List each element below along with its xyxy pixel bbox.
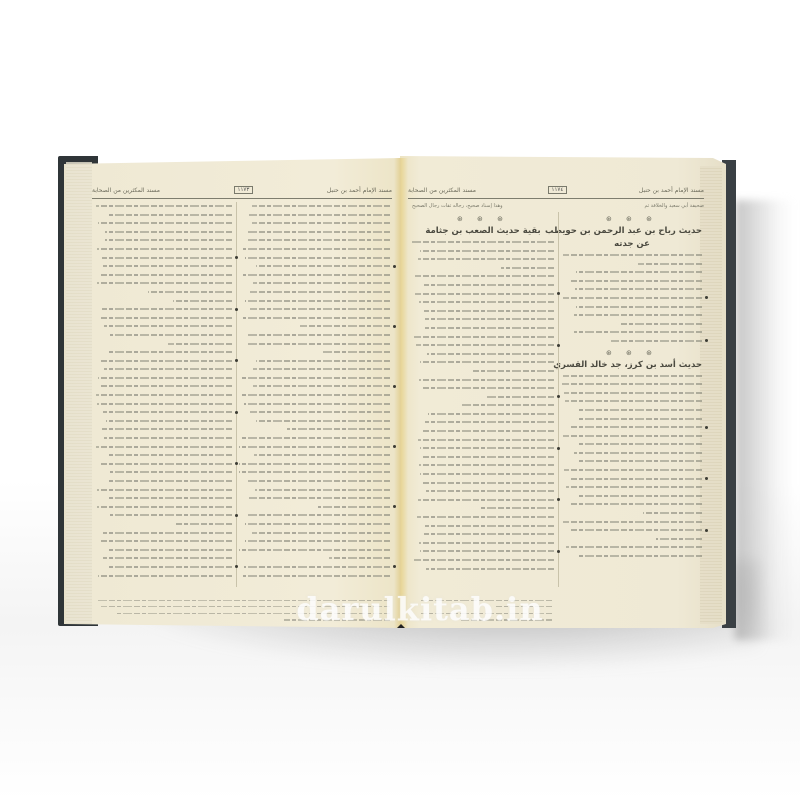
text-line <box>238 340 390 349</box>
text-line <box>94 245 232 254</box>
text-line <box>238 554 390 563</box>
text-line <box>238 331 390 340</box>
text-line <box>94 494 232 503</box>
text-line <box>238 434 390 443</box>
text-line <box>412 272 554 281</box>
text-line <box>412 264 554 273</box>
left-header-inner: مسند المكثرين من الصحابة <box>92 187 160 194</box>
text-line <box>412 436 554 445</box>
text-line <box>562 303 702 312</box>
text-line <box>94 563 232 572</box>
ribbon-bookmark <box>397 624 405 628</box>
text-line <box>94 520 232 529</box>
right-subheader-left: وهذا إسناد صحيح، رجاله ثقات رجال الصحيح <box>412 203 503 209</box>
text-line <box>412 418 554 427</box>
text-line <box>412 333 554 342</box>
text-line <box>562 432 702 441</box>
text-line <box>94 408 232 417</box>
right-subheader-right: صحيفة أبي سعيد والخلافة ثم <box>644 203 704 209</box>
text-line <box>412 556 554 565</box>
text-line <box>562 251 702 260</box>
section-heading-continued: عن جدته <box>562 239 702 249</box>
text-line <box>238 511 390 520</box>
text-line <box>238 417 390 426</box>
text-line <box>94 357 232 366</box>
right-page-stack-edge <box>700 166 722 624</box>
text-line <box>94 443 232 452</box>
text-line <box>238 486 390 495</box>
watermark: darulkitab.in <box>290 590 550 628</box>
section-ornament: ⊛ ⊛ ⊛ <box>412 215 554 223</box>
text-line <box>412 281 554 290</box>
text-line <box>238 425 390 434</box>
text-line <box>94 297 232 306</box>
text-line <box>562 277 702 286</box>
text-line <box>562 449 702 458</box>
left-header-outer: مسند الإمام أحمد بن حنبل <box>327 187 392 194</box>
text-line <box>562 380 702 389</box>
text-line <box>238 374 390 383</box>
text-line <box>94 391 232 400</box>
section-ornament: ⊛ ⊛ ⊛ <box>562 215 702 223</box>
text-line <box>562 509 702 518</box>
text-line <box>94 228 232 237</box>
text-line <box>94 322 232 331</box>
text-line <box>412 324 554 333</box>
right-column-separator <box>558 212 559 587</box>
section-heading: حديث رباح بن عبد الرحمن بن حويطب <box>562 226 702 236</box>
text-line <box>562 285 702 294</box>
book-gutter <box>394 158 408 628</box>
text-line <box>562 492 702 501</box>
text-line <box>94 348 232 357</box>
text-line <box>94 219 232 228</box>
text-line <box>412 427 554 436</box>
text-line <box>94 417 232 426</box>
text-line <box>412 290 554 299</box>
text-line <box>94 460 232 469</box>
text-line <box>94 382 232 391</box>
right-page-column-right: ⊛ ⊛ ⊛حديث رباح بن عبد الرحمن بن حويطبعن … <box>562 212 702 561</box>
left-page-column-left <box>94 202 232 580</box>
text-line <box>238 400 390 409</box>
text-line <box>562 406 702 415</box>
text-line <box>412 547 554 556</box>
text-line <box>238 468 390 477</box>
text-line <box>238 520 390 529</box>
text-line <box>562 518 702 527</box>
text-line <box>94 554 232 563</box>
text-line <box>94 477 232 486</box>
text-line <box>238 477 390 486</box>
text-line <box>412 470 554 479</box>
text-line <box>94 503 232 512</box>
text-line <box>238 546 390 555</box>
text-line <box>94 529 232 538</box>
text-line <box>412 384 554 393</box>
text-line <box>238 365 390 374</box>
text-line <box>238 529 390 538</box>
text-line <box>562 466 702 475</box>
text-line <box>94 546 232 555</box>
text-line <box>238 279 390 288</box>
text-line <box>238 219 390 228</box>
text-line <box>238 357 390 366</box>
text-line <box>94 305 232 314</box>
text-line <box>562 457 702 466</box>
text-line <box>412 530 554 539</box>
text-line <box>562 423 702 432</box>
text-line <box>412 461 554 470</box>
text-line <box>562 526 702 535</box>
text-line <box>94 511 232 520</box>
text-line <box>412 522 554 531</box>
text-line <box>412 479 554 488</box>
text-line <box>238 443 390 452</box>
text-line <box>562 389 702 398</box>
text-line <box>562 440 702 449</box>
text-line <box>412 410 554 419</box>
text-line <box>238 322 390 331</box>
text-line <box>412 376 554 385</box>
text-line <box>238 211 390 220</box>
text-line <box>94 400 232 409</box>
section-ornament: ⊛ ⊛ ⊛ <box>562 349 702 357</box>
text-line <box>412 393 554 402</box>
text-line <box>238 572 390 581</box>
right-header-inner: مسند المكثرين من الصحابة <box>408 187 476 194</box>
text-line <box>238 314 390 323</box>
text-line <box>562 535 702 544</box>
text-line <box>238 451 390 460</box>
text-line <box>412 358 554 367</box>
text-line <box>562 294 702 303</box>
text-line <box>94 572 232 581</box>
text-line <box>238 305 390 314</box>
text-line <box>562 543 702 552</box>
text-line <box>94 211 232 220</box>
text-line <box>238 202 390 211</box>
text-line <box>94 365 232 374</box>
left-column-separator <box>236 202 237 587</box>
text-line <box>238 382 390 391</box>
text-line <box>238 236 390 245</box>
right-page-number: ١١٧٤ <box>548 186 568 194</box>
text-line <box>238 503 390 512</box>
text-line <box>94 262 232 271</box>
text-line <box>412 307 554 316</box>
text-line <box>238 537 390 546</box>
text-line <box>94 331 232 340</box>
text-line <box>94 202 232 211</box>
text-line <box>412 513 554 522</box>
text-line <box>94 537 232 546</box>
text-line <box>94 451 232 460</box>
text-line <box>412 298 554 307</box>
text-line <box>94 254 232 263</box>
text-line <box>562 397 702 406</box>
text-line <box>238 288 390 297</box>
text-line <box>562 415 702 424</box>
text-line <box>94 236 232 245</box>
section-heading: حديث أسد بن كرز، جد خالد القسري <box>562 360 702 370</box>
book-side-shadow <box>735 200 795 640</box>
text-line <box>94 314 232 323</box>
text-line <box>94 271 232 280</box>
right-page-header: مسند الإمام أحمد بن حنبل ١١٧٤ مسند المكث… <box>408 183 704 197</box>
text-line <box>94 468 232 477</box>
section-heading: بقية حديث الصعب بن جثامة <box>412 226 554 236</box>
text-line <box>238 563 390 572</box>
text-line <box>562 475 702 484</box>
text-line <box>412 255 554 264</box>
left-page-header: مسند الإمام أحمد بن حنبل ١١٧٣ مسند المكث… <box>92 183 392 197</box>
text-line <box>94 288 232 297</box>
text-line <box>238 348 390 357</box>
text-line <box>238 262 390 271</box>
text-line <box>412 487 554 496</box>
text-line <box>412 367 554 376</box>
text-line <box>238 228 390 237</box>
text-line <box>562 320 702 329</box>
text-line <box>412 315 554 324</box>
text-line <box>94 425 232 434</box>
text-line <box>412 504 554 513</box>
text-line <box>562 337 702 346</box>
right-header-rule <box>408 198 704 199</box>
text-line <box>94 374 232 383</box>
text-line <box>238 254 390 263</box>
text-line <box>238 245 390 254</box>
right-page-column-left: ⊛ ⊛ ⊛بقية حديث الصعب بن جثامة <box>412 212 554 573</box>
text-line <box>562 268 702 277</box>
left-page-number: ١١٧٣ <box>234 186 254 194</box>
text-line <box>238 297 390 306</box>
text-line <box>238 408 390 417</box>
left-page-stack-edge <box>66 162 92 624</box>
text-line <box>412 444 554 453</box>
text-line <box>412 350 554 359</box>
text-line <box>412 539 554 548</box>
text-line <box>562 372 702 381</box>
text-line <box>412 401 554 410</box>
text-line <box>412 565 554 574</box>
left-header-rule <box>92 198 392 199</box>
text-line <box>94 486 232 495</box>
text-line <box>238 460 390 469</box>
text-line <box>562 500 702 509</box>
text-line <box>562 260 702 269</box>
text-line <box>94 340 232 349</box>
text-line <box>412 496 554 505</box>
book-photo: مسند الإمام أحمد بن حنبل ١١٧٣ مسند المكث… <box>0 0 800 800</box>
right-header-outer: مسند الإمام أحمد بن حنبل <box>639 187 704 194</box>
text-line <box>562 552 702 561</box>
text-line <box>238 494 390 503</box>
text-line <box>412 247 554 256</box>
text-line <box>412 341 554 350</box>
text-line <box>238 391 390 400</box>
text-line <box>94 434 232 443</box>
text-line <box>94 279 232 288</box>
text-line <box>562 311 702 320</box>
text-line <box>562 328 702 337</box>
text-line <box>238 271 390 280</box>
text-line <box>412 453 554 462</box>
left-page-column-right <box>238 202 390 580</box>
text-line <box>412 238 554 247</box>
text-line <box>562 483 702 492</box>
